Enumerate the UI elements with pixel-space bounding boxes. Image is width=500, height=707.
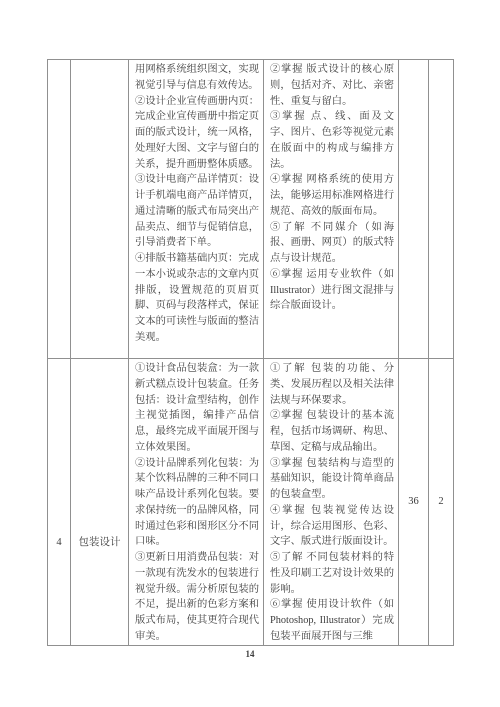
- credits-cell: 2: [429, 359, 454, 646]
- course-name-cell: 包装设计: [71, 359, 129, 646]
- hours-cell: [399, 60, 429, 359]
- teaching-objectives-cell: ②掌握 版式设计的核心原则，包括对齐、对比、亲密性、重复与留白。 ③掌握 点、线…: [264, 60, 399, 359]
- page-number: 14: [0, 649, 500, 659]
- teaching-objectives-cell: ①了解 包装的功能、分类、发展历程以及相关法律法规与环保要求。 ②掌握 包装设计…: [264, 359, 399, 646]
- table-row: 4 包装设计 ①设计食品包装盒：为一款新式糕点设计包装盒。任务包括：设计盒型结构…: [48, 359, 454, 646]
- row-index-cell: [48, 60, 71, 359]
- course-table: 用网格系统组织图文，实现视觉引导与信息有效传达。 ②设计企业宣传画册内页：完成企…: [47, 59, 454, 646]
- row-index-cell: 4: [48, 359, 71, 646]
- document-page: 用网格系统组织图文，实现视觉引导与信息有效传达。 ②设计企业宣传画册内页：完成企…: [0, 0, 500, 707]
- table-row: 用网格系统组织图文，实现视觉引导与信息有效传达。 ②设计企业宣传画册内页：完成企…: [48, 60, 454, 359]
- course-name-cell: [71, 60, 129, 359]
- practical-tasks-cell: ①设计食品包装盒：为一款新式糕点设计包装盒。任务包括：设计盒型结构，创作主视觉插…: [129, 359, 264, 646]
- practical-tasks-cell: 用网格系统组织图文，实现视觉引导与信息有效传达。 ②设计企业宣传画册内页：完成企…: [129, 60, 264, 359]
- credits-cell: [429, 60, 454, 359]
- hours-cell: 36: [399, 359, 429, 646]
